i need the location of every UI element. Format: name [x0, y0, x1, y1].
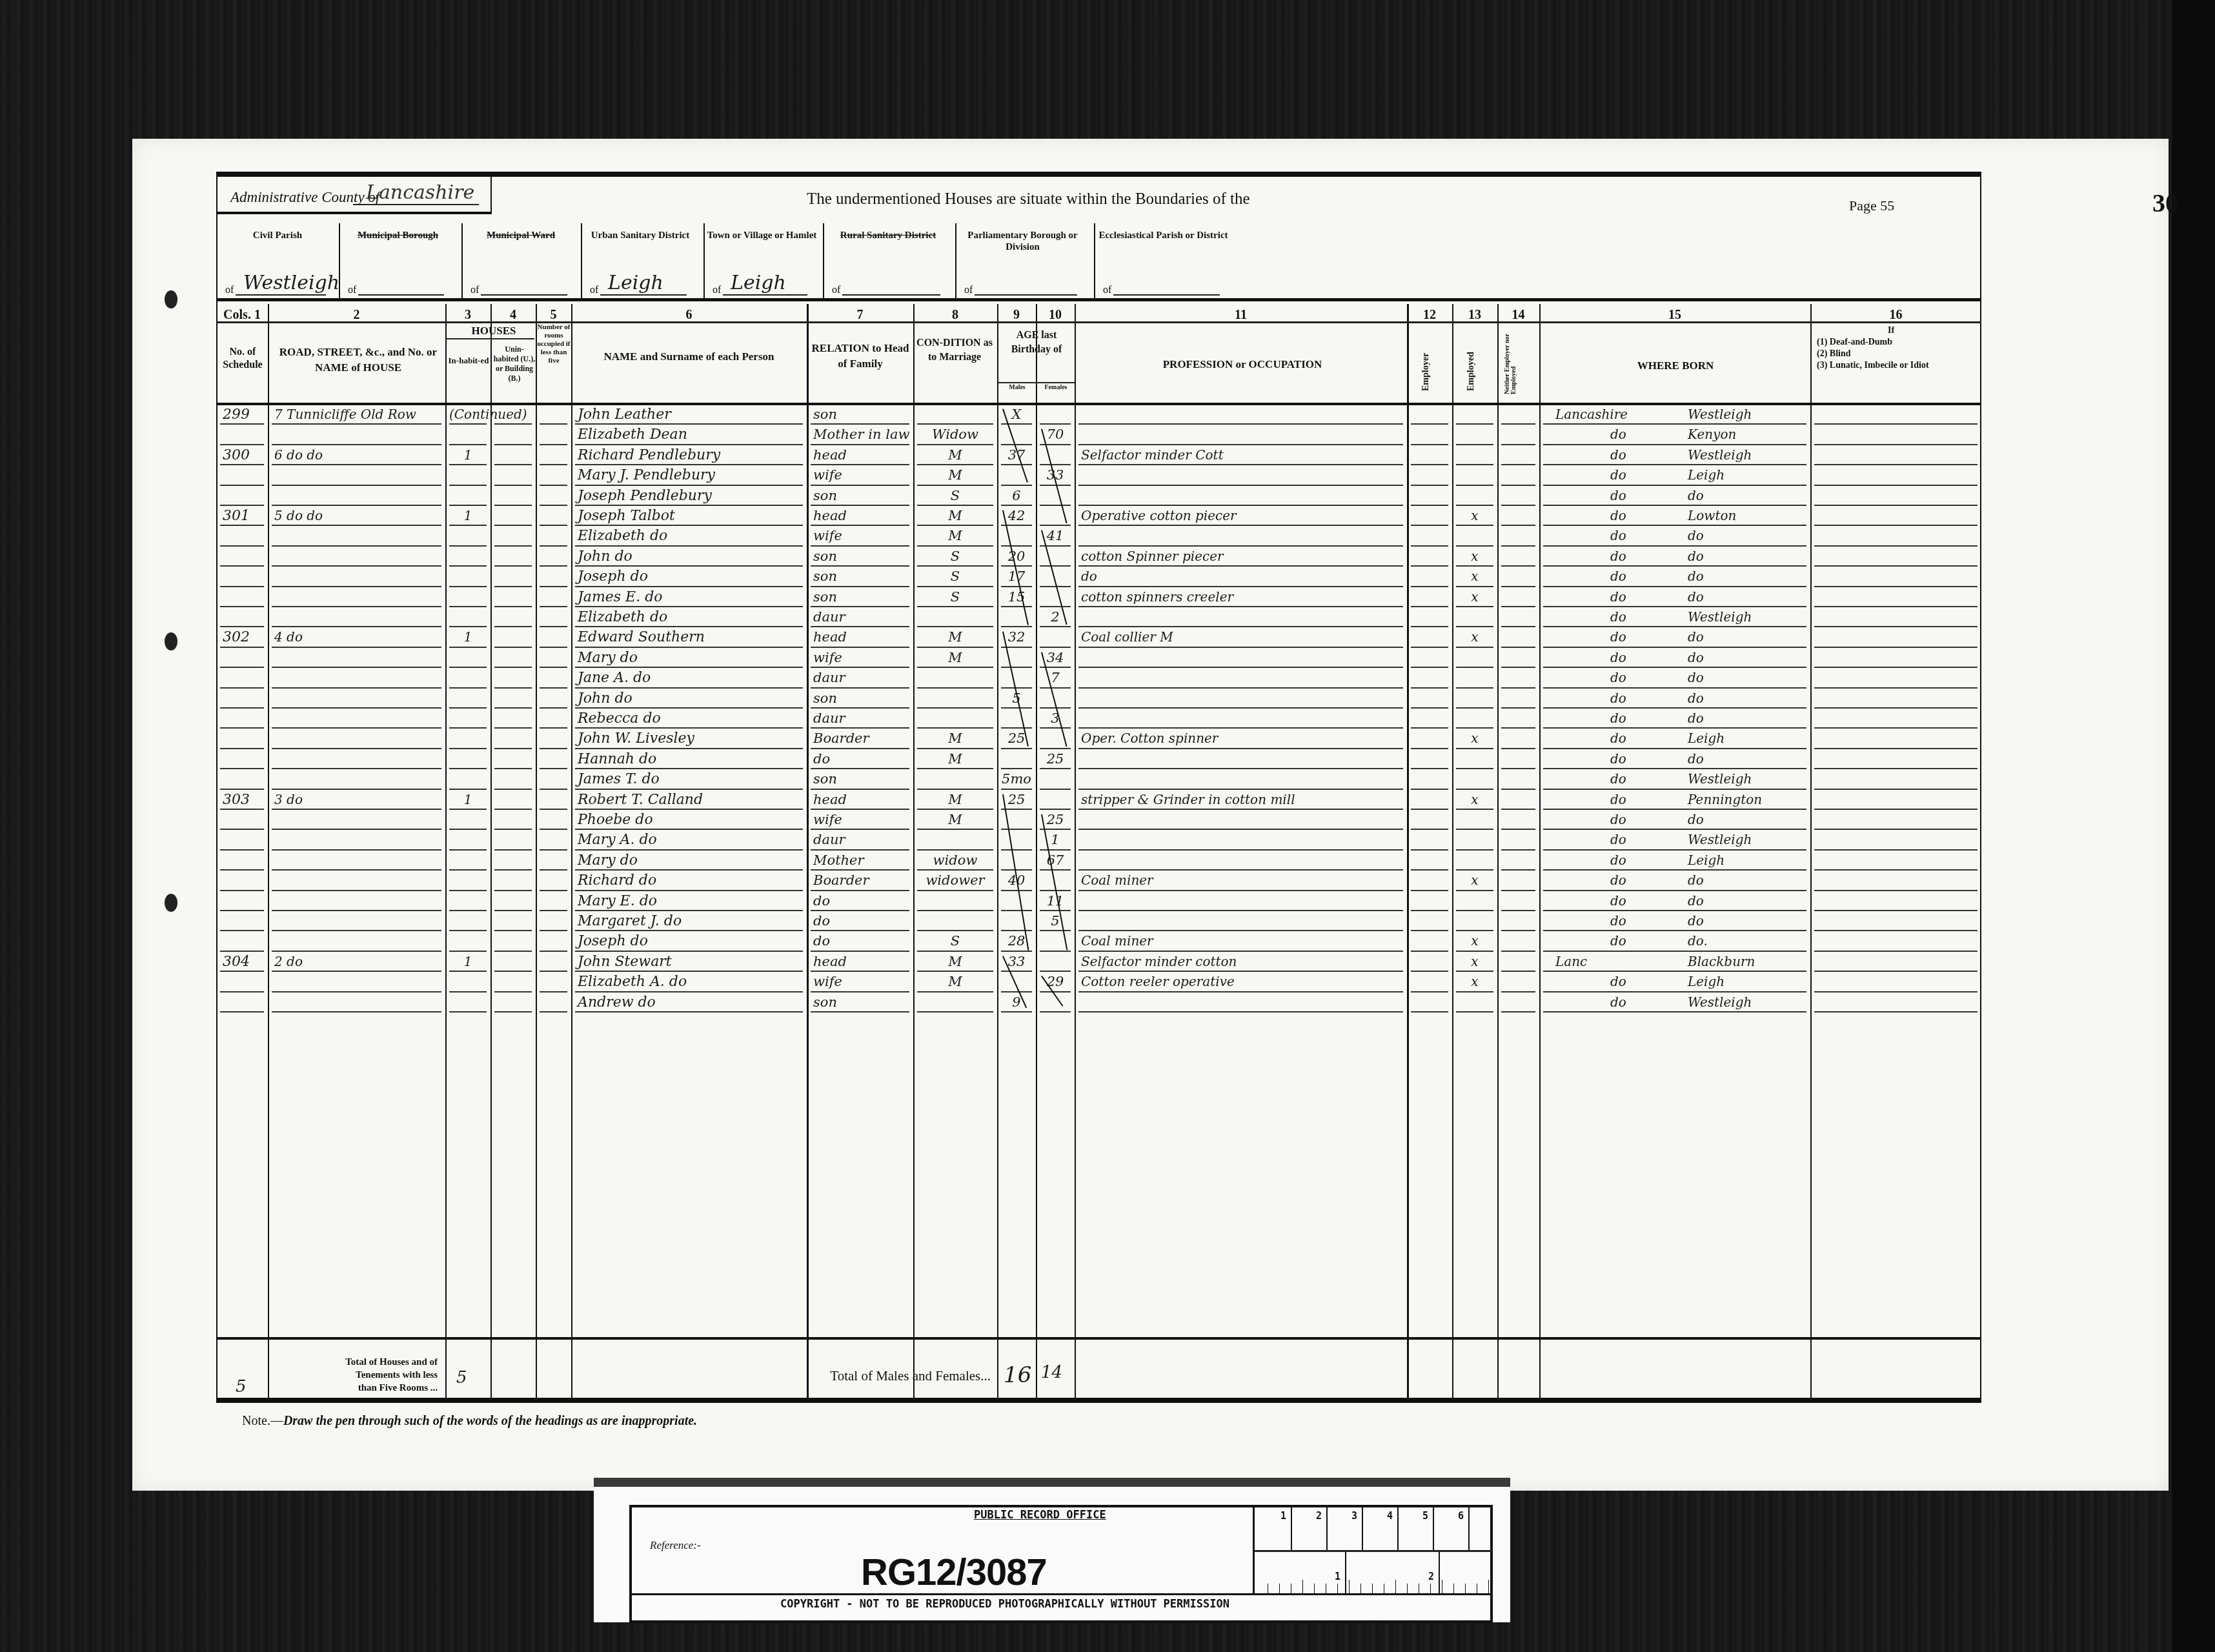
row-rule [1078, 647, 1403, 648]
row-rule [272, 606, 441, 607]
born-place: Westleigh [1688, 610, 1752, 623]
row-rule [1001, 727, 1032, 729]
row-rule [220, 586, 264, 587]
born-place: do. [1688, 934, 1708, 947]
row-rule [1501, 829, 1535, 830]
row-rule [1456, 667, 1493, 668]
row-rule [449, 768, 487, 769]
row-rule [1078, 707, 1403, 709]
row-rule [811, 423, 909, 425]
row-rule [1078, 727, 1403, 729]
district-of-prefix: of [590, 285, 598, 296]
row-rule [494, 485, 532, 486]
row-rule [917, 768, 993, 769]
row-rule [811, 545, 909, 547]
row-rule [220, 890, 264, 891]
row-rule [1040, 768, 1071, 769]
row-rule [449, 890, 487, 891]
scale-minor-tick [1465, 1584, 1466, 1593]
row-rule [1814, 525, 1977, 526]
relation: son [813, 996, 837, 1009]
row-rule [1814, 748, 1977, 749]
row-rule [1543, 910, 1806, 911]
condition: M [916, 529, 995, 543]
column-number: 15 [1539, 308, 1810, 321]
district-underline [842, 294, 940, 296]
row-rule [494, 707, 532, 709]
district-underline [358, 294, 444, 296]
row-rule [1078, 667, 1403, 668]
row-rule [1001, 930, 1032, 931]
row-rule [1411, 565, 1448, 567]
row-rule [494, 727, 532, 729]
row-rule [272, 667, 441, 668]
born-county: do [1610, 934, 1626, 947]
row-rule [1040, 647, 1071, 648]
born-county: do [1610, 793, 1626, 806]
address: 7 Tunnicliffe Old Row [274, 408, 416, 421]
schedule-number: 301 [223, 509, 250, 523]
row-rule [811, 849, 909, 851]
address: 5 do do [274, 509, 323, 522]
scale-tick-cm [1433, 1507, 1434, 1550]
row-rule [540, 768, 567, 769]
person-name: Elizabeth A. do [578, 975, 687, 989]
person-name: Phoebe do [578, 813, 653, 827]
row-rule [1040, 910, 1071, 911]
houses-total-label-3: than Five Rooms ... [279, 1384, 438, 1393]
born-place: do [1688, 894, 1704, 907]
row-rule [449, 707, 487, 709]
born-county: do [1610, 854, 1626, 867]
col11-header: PROFESSION or OCCUPATION [1078, 359, 1407, 370]
born-county: do [1610, 610, 1626, 623]
born-place: Blackburn [1688, 955, 1755, 968]
age-group-rule [998, 382, 1075, 383]
row-rule [1814, 626, 1977, 627]
row-rule [1814, 586, 1977, 587]
born-county: do [1610, 671, 1626, 684]
born-place: Westleigh [1688, 408, 1752, 421]
scale-label-in: 1 [1335, 1572, 1340, 1582]
row-rule [540, 586, 567, 587]
scale-tick-in [1345, 1552, 1346, 1593]
relation: head [813, 955, 847, 969]
row-rule [1501, 849, 1535, 851]
row-rule [811, 565, 909, 567]
row-rule [449, 525, 487, 526]
age-male: 20 [1000, 550, 1033, 563]
born-county: do [1610, 813, 1626, 826]
county-box-divider [491, 172, 492, 214]
row-rule [1001, 869, 1032, 871]
row-rule [575, 748, 803, 749]
born-place: Kenyon [1688, 428, 1736, 441]
col6-header: NAME and Surname of each Person [578, 348, 800, 365]
row-rule [1456, 586, 1493, 587]
row-rule [811, 727, 909, 729]
row-rule [1543, 748, 1806, 749]
row-rule [811, 606, 909, 607]
born-county: do [1610, 529, 1626, 542]
condition: Widow [916, 428, 995, 441]
row-rule [494, 525, 532, 526]
row-rule [494, 789, 532, 790]
row-rule [272, 545, 441, 547]
occupation: Coal collier M [1081, 630, 1173, 643]
row-rule [917, 829, 993, 830]
row-rule [811, 586, 909, 587]
row-rule [1814, 930, 1977, 931]
row-rule [917, 991, 993, 992]
row-rule [575, 687, 803, 689]
row-rule [272, 464, 441, 465]
row-rule [494, 869, 532, 871]
scale-minor-tick [1442, 1580, 1442, 1593]
row-rule [540, 485, 567, 486]
row-rule [1501, 727, 1535, 729]
table-row: 3042 do1John StewartheadM33Selfactor min… [216, 952, 1981, 972]
row-rule [449, 789, 487, 790]
district-value: Westleigh [243, 274, 339, 293]
scale-label-cm: 5 [1422, 1511, 1428, 1521]
born-county: do [1610, 428, 1626, 441]
relation: do [813, 934, 830, 948]
col7-header: RELATION to Head of Family [809, 341, 912, 372]
relation: Mother [813, 854, 864, 867]
row-rule [1814, 971, 1977, 972]
row-rule [1040, 951, 1071, 952]
row-rule [917, 930, 993, 931]
row-rule [449, 1011, 487, 1012]
row-rule [494, 1011, 532, 1012]
row-rule [1501, 525, 1535, 526]
born-place: do [1688, 590, 1704, 603]
row-rule [1814, 707, 1977, 709]
relation: son [813, 550, 837, 563]
copyright-notice: COPYRIGHT - NOT TO BE REPRODUCED PHOTOGR… [780, 1599, 1229, 1610]
row-rule [1501, 809, 1535, 810]
row-rule [220, 971, 264, 972]
row-rule [449, 849, 487, 851]
relation: do [813, 914, 830, 928]
row-rule [1040, 869, 1071, 871]
row-rule [1078, 971, 1403, 972]
born-place: do [1688, 752, 1704, 765]
occupation: Selfactor minder Cott [1081, 448, 1224, 461]
row-rule [575, 626, 803, 627]
row-rule [811, 444, 909, 445]
row-rule [1411, 606, 1448, 607]
person-name: Edward Southern [578, 630, 705, 645]
age-female: 25 [1038, 752, 1072, 766]
row-rule [1078, 444, 1403, 445]
row-rule [917, 951, 993, 952]
district-underline [236, 294, 326, 296]
houses-total-label-2: Tenements with less [279, 1371, 438, 1380]
row-rule [1411, 707, 1448, 709]
row-rule [1543, 667, 1806, 668]
person-name: Rebecca do [578, 712, 661, 726]
table-row: John W. LivesleyBoarderM25Oper. Cotton s… [216, 729, 1981, 749]
row-rule [220, 829, 264, 830]
row-rule [494, 829, 532, 830]
row-rule [1543, 505, 1806, 506]
row-rule [811, 971, 909, 972]
row-rule [1456, 991, 1493, 992]
row-rule [494, 930, 532, 931]
row-rule [1501, 869, 1535, 871]
row-rule [1456, 930, 1493, 931]
condition: M [916, 630, 995, 644]
row-rule [540, 647, 567, 648]
row-rule [1001, 485, 1032, 486]
census-form: Administrative County of Lancashire The … [216, 172, 1981, 1398]
row-rule [1456, 971, 1493, 972]
row-rule [1411, 849, 1448, 851]
row-rule [540, 910, 567, 911]
row-rule [540, 849, 567, 851]
col16-header-3: (3) Lunatic, Imbecile or Idiot [1817, 361, 1929, 370]
row-rule [1543, 727, 1806, 729]
row-rule [1543, 444, 1806, 445]
row-rule [272, 423, 441, 425]
inhabited-count: (Continued) [449, 408, 527, 421]
relation: head [813, 448, 847, 462]
row-rule [1501, 910, 1535, 911]
person-name: Margaret J. do [578, 914, 682, 929]
reference-label: Reference:- [650, 1540, 701, 1551]
table-row: Hannah dodoM25dodo [216, 750, 1981, 770]
row-rule [449, 829, 487, 830]
address: 2 do [274, 955, 303, 968]
row-rule [1001, 768, 1032, 769]
row-rule [1814, 829, 1977, 830]
row-rule [272, 1011, 441, 1012]
occupation: cotton Spinner piecer [1081, 550, 1224, 563]
district-label: Town or Village or Hamlet [706, 230, 818, 241]
row-rule [917, 789, 993, 790]
row-rule [1501, 768, 1535, 769]
row-rule [575, 869, 803, 871]
row-rule [1501, 485, 1535, 486]
row-rule [1456, 423, 1493, 425]
district-divider [461, 223, 463, 298]
row-rule [220, 525, 264, 526]
table-row: James E. dosonS15cotton spinners creeler… [216, 588, 1981, 608]
employed-mark: x [1455, 732, 1495, 745]
row-rule [1456, 809, 1493, 810]
row-rule [811, 829, 909, 830]
age-female: 1 [1038, 833, 1072, 847]
scale-label-in: 2 [1428, 1572, 1434, 1582]
person-name: Richard do [578, 874, 656, 888]
row-rule [917, 586, 993, 587]
row-rule [1456, 768, 1493, 769]
row-rule [917, 485, 993, 486]
row-rule [272, 525, 441, 526]
row-rule [1543, 869, 1806, 871]
born-place: Westleigh [1688, 448, 1752, 461]
row-rule [494, 890, 532, 891]
row-rule [1814, 890, 1977, 891]
row-rule [540, 971, 567, 972]
person-name: John Leather [578, 408, 671, 422]
row-rule [272, 586, 441, 587]
born-county: do [1610, 692, 1626, 705]
row-rule [1456, 525, 1493, 526]
born-county: do [1610, 550, 1626, 563]
scale-label-cm: 3 [1351, 1511, 1357, 1521]
row-rule [1040, 727, 1071, 729]
row-rule [811, 647, 909, 648]
row-rule [494, 910, 532, 911]
person-name: Elizabeth Dean [578, 428, 687, 442]
row-rule [811, 505, 909, 506]
column-number: Cols. 1 [216, 308, 268, 321]
row-rule [1814, 444, 1977, 445]
row-rule [1501, 687, 1535, 689]
row-rule [917, 545, 993, 547]
row-rule [575, 667, 803, 668]
row-rule [449, 667, 487, 668]
row-rule [1814, 423, 1977, 425]
row-rule [1411, 991, 1448, 992]
row-rule [1078, 748, 1403, 749]
person-name: Mary J. Pendlebury [578, 468, 715, 483]
scale-tick-in [1439, 1552, 1440, 1593]
row-rule [575, 464, 803, 465]
row-rule [1411, 1011, 1448, 1012]
row-rule [220, 727, 264, 729]
col15-header: WHERE BORN [1541, 360, 1810, 371]
row-rule [449, 869, 487, 871]
row-rule [575, 991, 803, 992]
row-rule [1814, 687, 1977, 689]
age-male: 5mo [1000, 772, 1033, 786]
row-rule [1501, 444, 1535, 445]
slip-divider [632, 1593, 1490, 1595]
row-rule [1456, 727, 1493, 729]
district-of-prefix: of [832, 285, 840, 296]
scale-minor-tick [1477, 1584, 1477, 1593]
row-rule [1078, 789, 1403, 790]
scale-minor-tick [1384, 1584, 1384, 1593]
table-row: Joseph PendleburysonS6dodo [216, 487, 1981, 507]
row-rule [1001, 849, 1032, 851]
age-female: 11 [1038, 894, 1072, 908]
district-divider [703, 223, 705, 298]
row-rule [1814, 849, 1977, 851]
condition: M [916, 975, 995, 989]
district-of-prefix: of [470, 285, 479, 296]
relation: head [813, 630, 847, 644]
row-rule [1078, 849, 1403, 851]
bottom-rule [216, 1398, 1981, 1403]
row-rule [1456, 869, 1493, 871]
row-rule [1501, 464, 1535, 465]
district-label: Parliamentary Borough or Division [958, 230, 1087, 253]
row-rule [1078, 687, 1403, 689]
relation: son [813, 772, 837, 786]
col16-header-if: If [1814, 327, 1968, 336]
row-rule [575, 565, 803, 567]
born-place: do [1688, 529, 1704, 542]
row-rule [1078, 586, 1403, 587]
schedule-number: 299 [223, 408, 250, 422]
row-rule [494, 809, 532, 810]
table-row: John doson5dodo [216, 689, 1981, 709]
persons-total-label: Total of Males and Females... [752, 1369, 991, 1383]
born-county: do [1610, 732, 1626, 745]
row-rule [220, 768, 264, 769]
row-rule [917, 647, 993, 648]
row-rule [1814, 647, 1977, 648]
condition: S [916, 590, 995, 604]
relation: daur [813, 833, 845, 847]
row-rule [220, 869, 264, 871]
males-total: 16 [1004, 1364, 1031, 1386]
relation: do [813, 752, 830, 766]
row-rule [1501, 748, 1535, 749]
scale-minor-tick [1407, 1584, 1408, 1593]
totals-rule [216, 1337, 1981, 1340]
row-rule [1040, 626, 1071, 627]
occupation: do [1081, 570, 1097, 583]
row-rule [1456, 687, 1493, 689]
row-rule [1411, 464, 1448, 465]
reference-slip: PUBLIC RECORD OFFICE Reference:- RG12/30… [594, 1478, 1510, 1622]
county-box-rule [216, 212, 491, 214]
occupation: Coal miner [1081, 874, 1153, 887]
row-rule [1543, 565, 1806, 567]
row-rule [575, 444, 803, 445]
born-county: do [1610, 630, 1626, 643]
row-rule [1456, 545, 1493, 547]
row-rule [1456, 565, 1493, 567]
row-rule [1456, 707, 1493, 709]
table-row: Joseph dosonS17doxdodo [216, 567, 1981, 587]
row-rule [1543, 485, 1806, 486]
row-rule [1456, 505, 1493, 506]
person-name: John W. Livesley [578, 732, 694, 746]
scale-label-cm: 2 [1316, 1511, 1322, 1521]
row-rule [1411, 930, 1448, 931]
row-rule [540, 890, 567, 891]
born-place: do [1688, 671, 1704, 684]
row-rule [1814, 1011, 1977, 1012]
row-rule [540, 444, 567, 445]
table-row: 3024 do1Edward SouthernheadM32Coal colli… [216, 628, 1981, 648]
row-rule [917, 687, 993, 689]
row-rule [449, 485, 487, 486]
district-value: Leigh [731, 274, 786, 293]
row-rule [917, 849, 993, 851]
row-rule [449, 586, 487, 587]
born-place: do [1688, 550, 1704, 563]
note-text: Draw the pen through such of the words o… [283, 1414, 697, 1428]
col14-header: Neither Employer nor Employed [1504, 330, 1530, 394]
row-rule [494, 545, 532, 547]
row-rule [220, 748, 264, 749]
row-rule [1001, 971, 1032, 972]
scale-minor-tick [1326, 1584, 1326, 1593]
scale-minor-tick [1360, 1584, 1361, 1593]
scale-minor-tick [1302, 1580, 1303, 1593]
relation: head [813, 793, 847, 807]
row-rule [917, 626, 993, 627]
scale-label-cm: 4 [1387, 1511, 1393, 1521]
